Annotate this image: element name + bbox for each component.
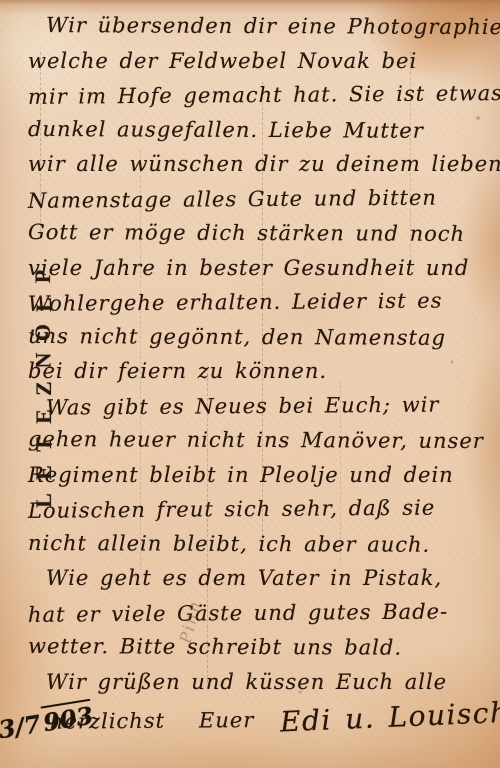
signature-line: herzlichst Euer Edi u. Louischen [28, 699, 490, 743]
letter-line: Wie geht es dem Vater in Pistak, [28, 561, 490, 596]
signature-names: Edi u. Louischen [280, 694, 500, 740]
letter-line: Louischen freut sich sehr, daß sie [28, 490, 490, 528]
letter-line: wetter. Bitte schreibt uns bald. [28, 629, 490, 666]
letter-line: viele Jahre in bester Gesundheit und [28, 251, 490, 286]
signature-word: Euer [199, 703, 255, 738]
letter-line: wir alle wünschen dir zu deinem lieben [28, 147, 490, 182]
letter-line: Wir übersenden dir eine Photographie [28, 8, 490, 45]
letter-line: gehen heuer nicht ins Manöver, unser [28, 422, 490, 459]
letter-line: Namenstage alles Gute und bitten [28, 180, 490, 218]
letter-line: Wir grüßen und küssen Euch alle [28, 665, 490, 700]
letter-line: welche der Feldwebel Novak bei [28, 44, 490, 79]
letter-line: Was gibt es Neues bei Euch; wir [28, 387, 490, 425]
letter-line: uns nicht gegönnt, den Namenstag [28, 318, 490, 355]
handwritten-message: Wir übersenden dir eine Photographie wel… [28, 9, 490, 741]
letter-line: mir im Hofe gemacht hat. Sie ist etwas [28, 76, 490, 114]
postcard-paper: P L Ö N Z E T E L Wir übersenden dir ein… [0, 0, 500, 768]
letter-line: hat er viele Gäste und gutes Bade- [28, 594, 490, 632]
letter-line: Gott er möge dich stärken und noch [28, 215, 490, 252]
letter-line: Regiment bleibt in Pleolje und dein [28, 458, 490, 493]
letter-line: bei dir feiern zu können. [28, 354, 490, 389]
letter-line: dunkel ausgefallen. Liebe Mutter [28, 111, 490, 148]
letter-line: Wohlergehe erhalten. Leider ist es [28, 283, 490, 321]
letter-line: nicht allein bleibt, ich aber auch. [28, 525, 490, 562]
